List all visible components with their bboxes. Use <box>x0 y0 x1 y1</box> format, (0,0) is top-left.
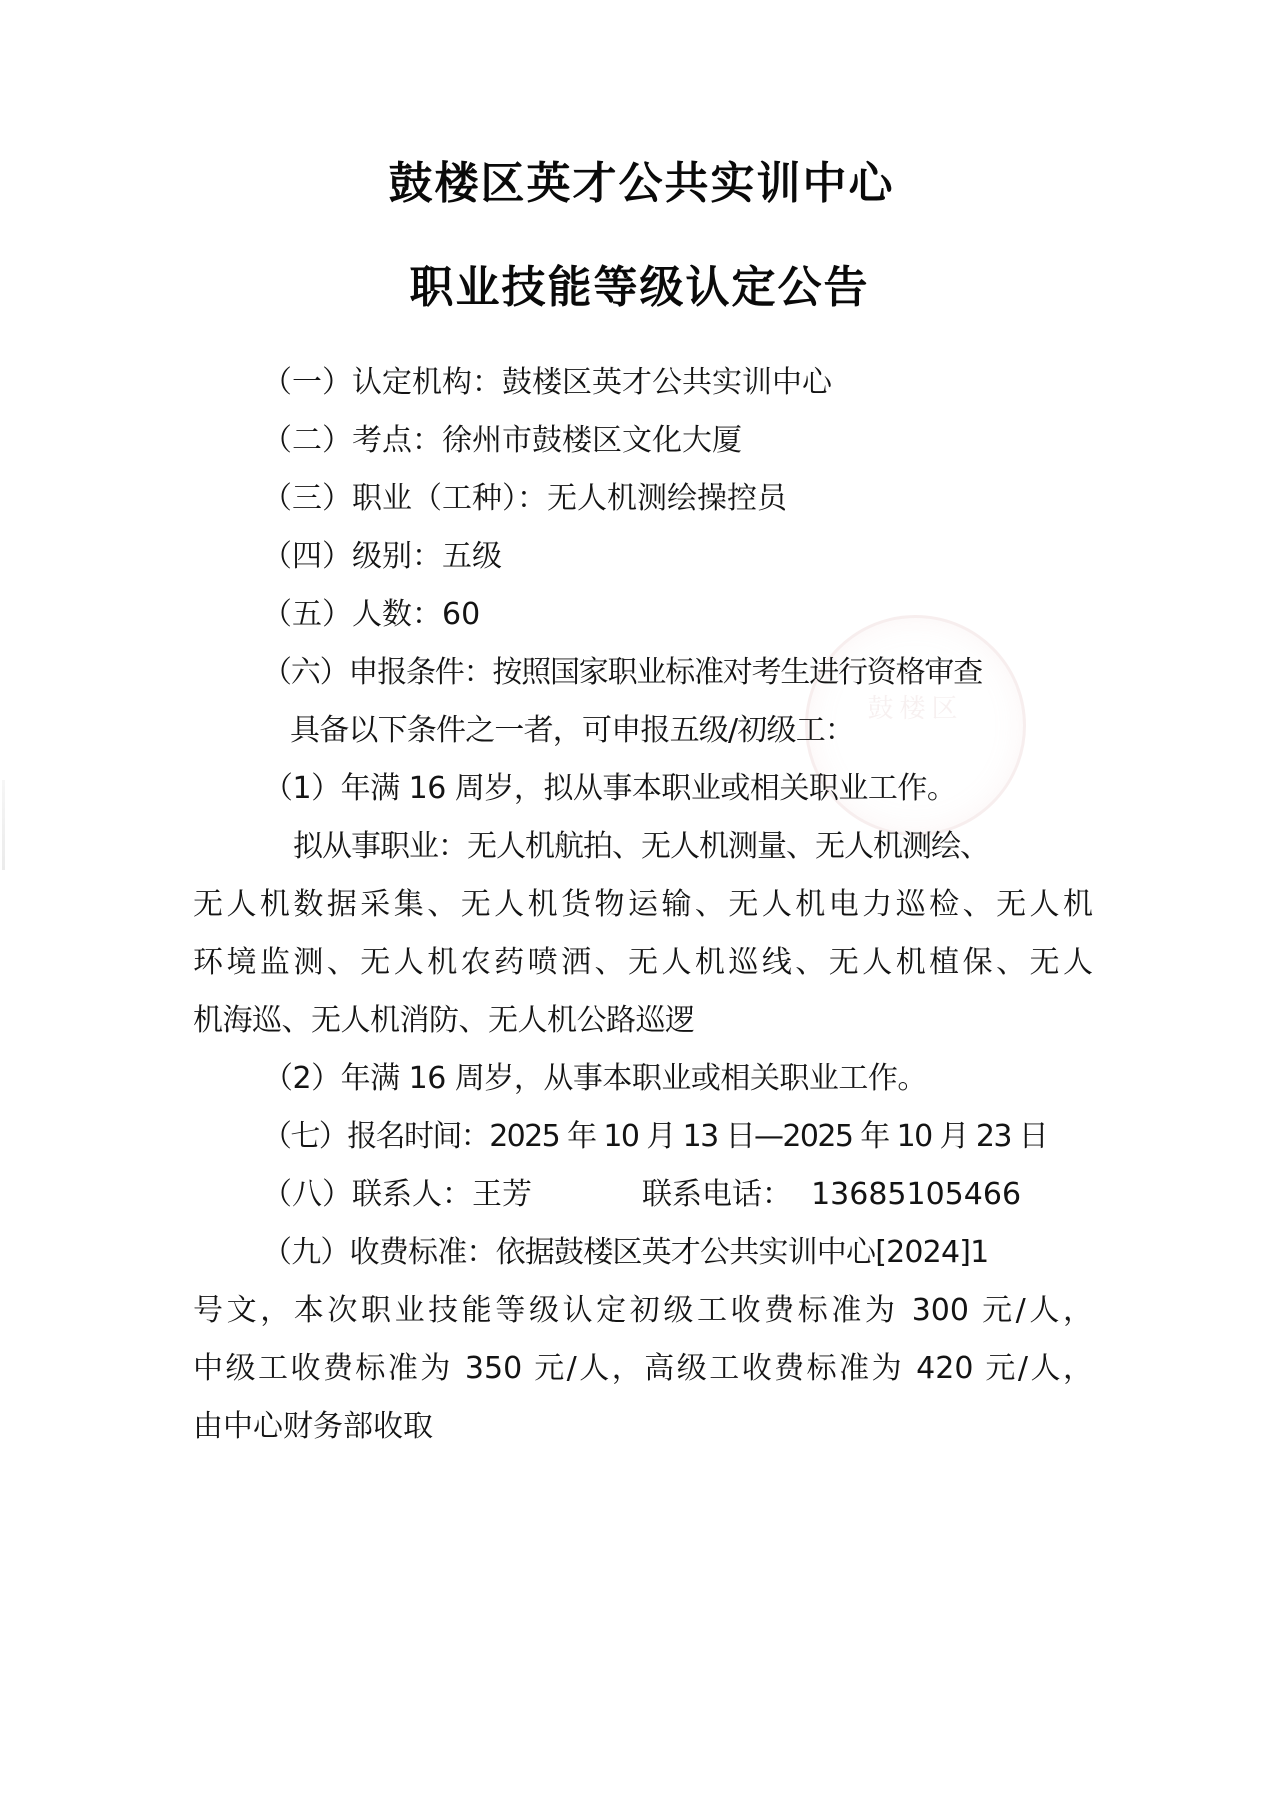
item-fees: （九）收费标准：依据鼓楼区英才公共实训中心[2024]1 <box>262 1238 988 1268</box>
item-contact: （八）联系人：王芳联系电话： 13685105466 <box>262 1180 1021 1210</box>
item-exam-site: （二）考点：徐州市鼓楼区文化大厦 <box>262 426 742 456</box>
scan-edge-artifact <box>2 780 5 870</box>
seal-text: 鼓楼区 <box>833 688 998 725</box>
occupations-line-2: 无人机数据采集、无人机货物运输、无人机电力巡检、无人机 <box>193 890 1093 920</box>
item-requirements: （六）申报条件：按照国家职业标准对考生进行资格审查 <box>262 658 982 688</box>
occupations-line-4: 机海巡、无人机消防、无人机公路巡逻 <box>193 1006 695 1036</box>
item-registration-time: （七）报名时间：2025 年 10 月 13 日—2025 年 10 月 23 … <box>262 1122 1047 1152</box>
title-line-2: 职业技能等级认定公告 <box>0 266 1279 310</box>
occupations-line-3: 环境监测、无人机农药喷洒、无人机巡线、无人机植保、无人 <box>193 948 1093 978</box>
contact-person: （八）联系人：王芳 <box>262 1177 532 1212</box>
contact-phone: 13685105466 <box>811 1177 1021 1212</box>
fees-line-3: 中级工收费标准为 350 元/人，高级工收费标准为 420 元/人， <box>193 1354 1093 1384</box>
condition-2: （2）年满 16 周岁，从事本职业或相关职业工作。 <box>263 1064 927 1094</box>
title-line-1: 鼓楼区英才公共实训中心 <box>0 162 1279 206</box>
document-page: 鼓楼区 鼓楼区英才公共实训中心 职业技能等级认定公告 （一）认定机构：鼓楼区英才… <box>0 0 1279 1811</box>
item-occupation: （三）职业（工种）：无人机测绘操控员 <box>262 484 787 514</box>
occupations-line-1: 拟从事职业：无人机航拍、无人机测量、无人机测绘、 <box>293 832 989 862</box>
item-level: （四）级别：五级 <box>262 542 502 572</box>
fees-line-2: 号文，本次职业技能等级认定初级工收费标准为 300 元/人， <box>193 1296 1093 1326</box>
item-requirements-cont: 具备以下条件之一者，可申报五级/初级工： <box>290 716 854 746</box>
fees-line-4: 由中心财务部收取 <box>193 1412 433 1442</box>
contact-phone-label: 联系电话： <box>642 1177 792 1212</box>
condition-1: （1）年满 16 周岁，拟从事本职业或相关职业工作。 <box>263 774 956 804</box>
item-organization: （一）认定机构：鼓楼区英才公共实训中心 <box>262 368 832 398</box>
item-headcount: （五）人数：60 <box>262 600 480 630</box>
